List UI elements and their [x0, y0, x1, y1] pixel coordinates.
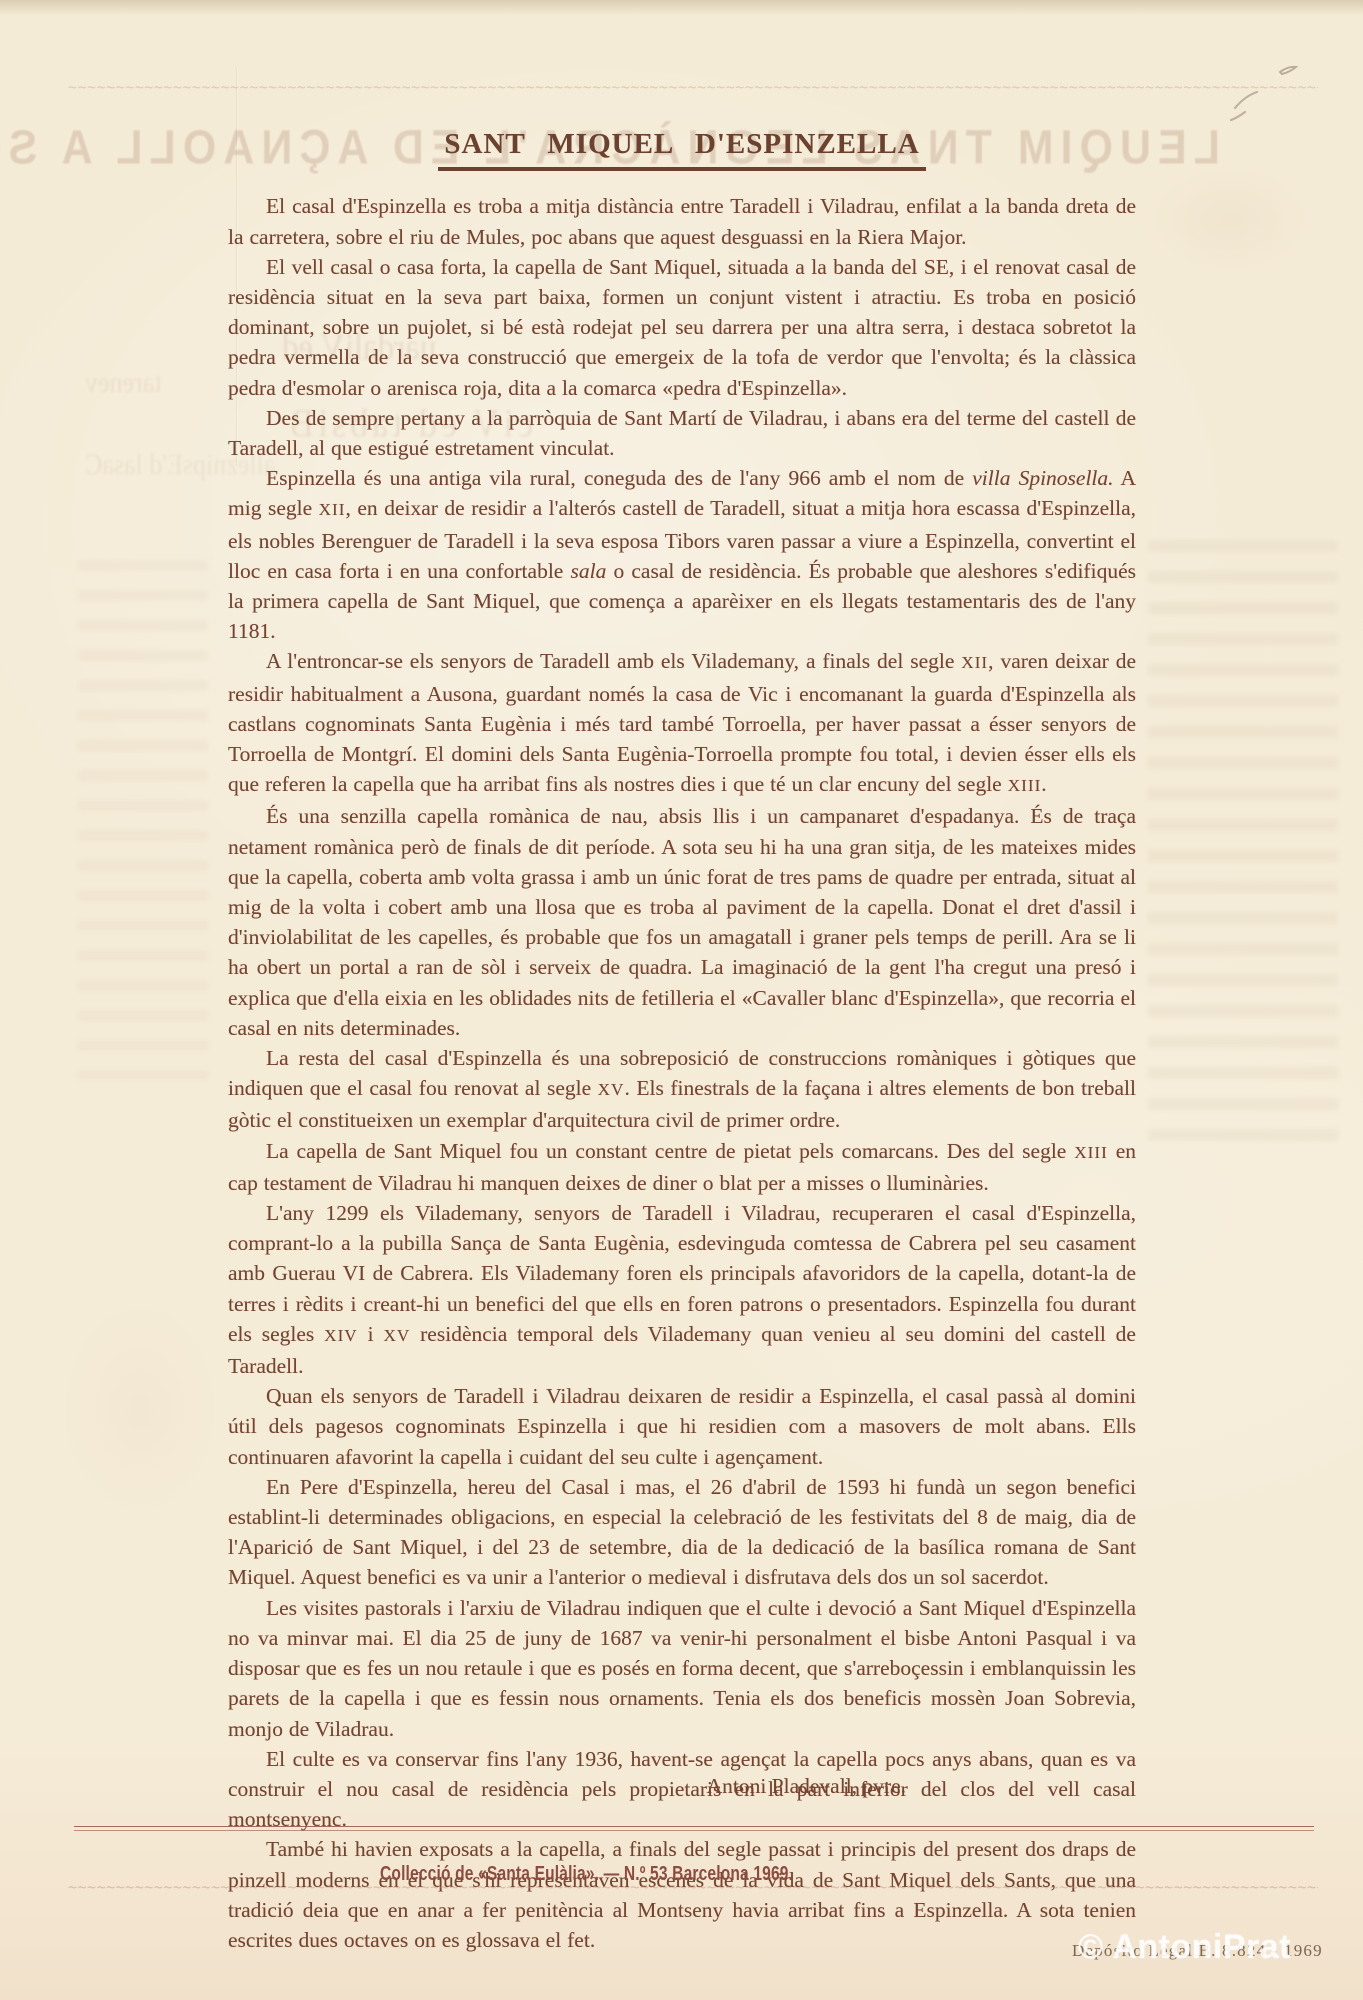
collection-imprint: Collecció de «Santa Eulàlia». — N.º 53 B…	[380, 1862, 793, 1886]
paragraph: L'any 1299 els Vilademany, senyors de Ta…	[228, 1198, 1136, 1381]
ghost-show-through-texture	[78, 560, 208, 1080]
scanned-document-page: ~~~~~~~~~~~~~~~~~~~~~~~~~~~~~~~~~~~~~~~~…	[0, 0, 1363, 2000]
paragraph: Les visites pastorals i l'arxiu de Vilad…	[228, 1593, 1136, 1744]
paragraph: També hi havien exposats a la capella, a…	[228, 1834, 1136, 1955]
paragraph: És una senzilla capella romànica de nau,…	[228, 801, 1136, 1043]
paragraph: Des de sempre pertany a la parròquia de …	[228, 403, 1136, 463]
ghost-show-through-texture	[1148, 540, 1338, 1160]
paper-stain	[1140, 160, 1320, 280]
paper-stain	[60, 1300, 220, 1520]
paragraph: Quan els senyors de Taradell i Viladrau …	[228, 1381, 1136, 1472]
paragraph: El vell casal o casa forta, la capella d…	[228, 252, 1136, 403]
title-block: SANT MIQUEL D'ESPINZELLA	[228, 128, 1136, 171]
text-column: SANT MIQUEL D'ESPINZELLA El casal d'Espi…	[228, 0, 1136, 1955]
paragraph: La resta del casal d'Espinzella és una s…	[228, 1043, 1136, 1136]
paragraph: La capella de Sant Miquel fou un constan…	[228, 1136, 1136, 1198]
pen-mark	[1225, 30, 1335, 140]
footer-double-rule	[74, 1826, 1314, 1831]
page-title: SANT MIQUEL D'ESPINZELLA	[438, 128, 925, 171]
copyright-watermark: © AntoniPrat	[1078, 1928, 1291, 1967]
article-body: El casal d'Espinzella es troba a mitja d…	[228, 191, 1136, 1955]
paragraph: El casal d'Espinzella es troba a mitja d…	[228, 191, 1136, 251]
paragraph: A l'entroncar-se els senyors de Taradell…	[228, 646, 1136, 801]
paragraph: Espinzella és una antiga vila rural, con…	[228, 463, 1136, 646]
paragraph: En Pere d'Espinzella, hereu del Casal i …	[228, 1472, 1136, 1593]
author-signature: Antoni Pladevall, pvre.	[228, 1774, 1136, 1799]
ghost-verso-text: tarenev	[85, 366, 162, 400]
